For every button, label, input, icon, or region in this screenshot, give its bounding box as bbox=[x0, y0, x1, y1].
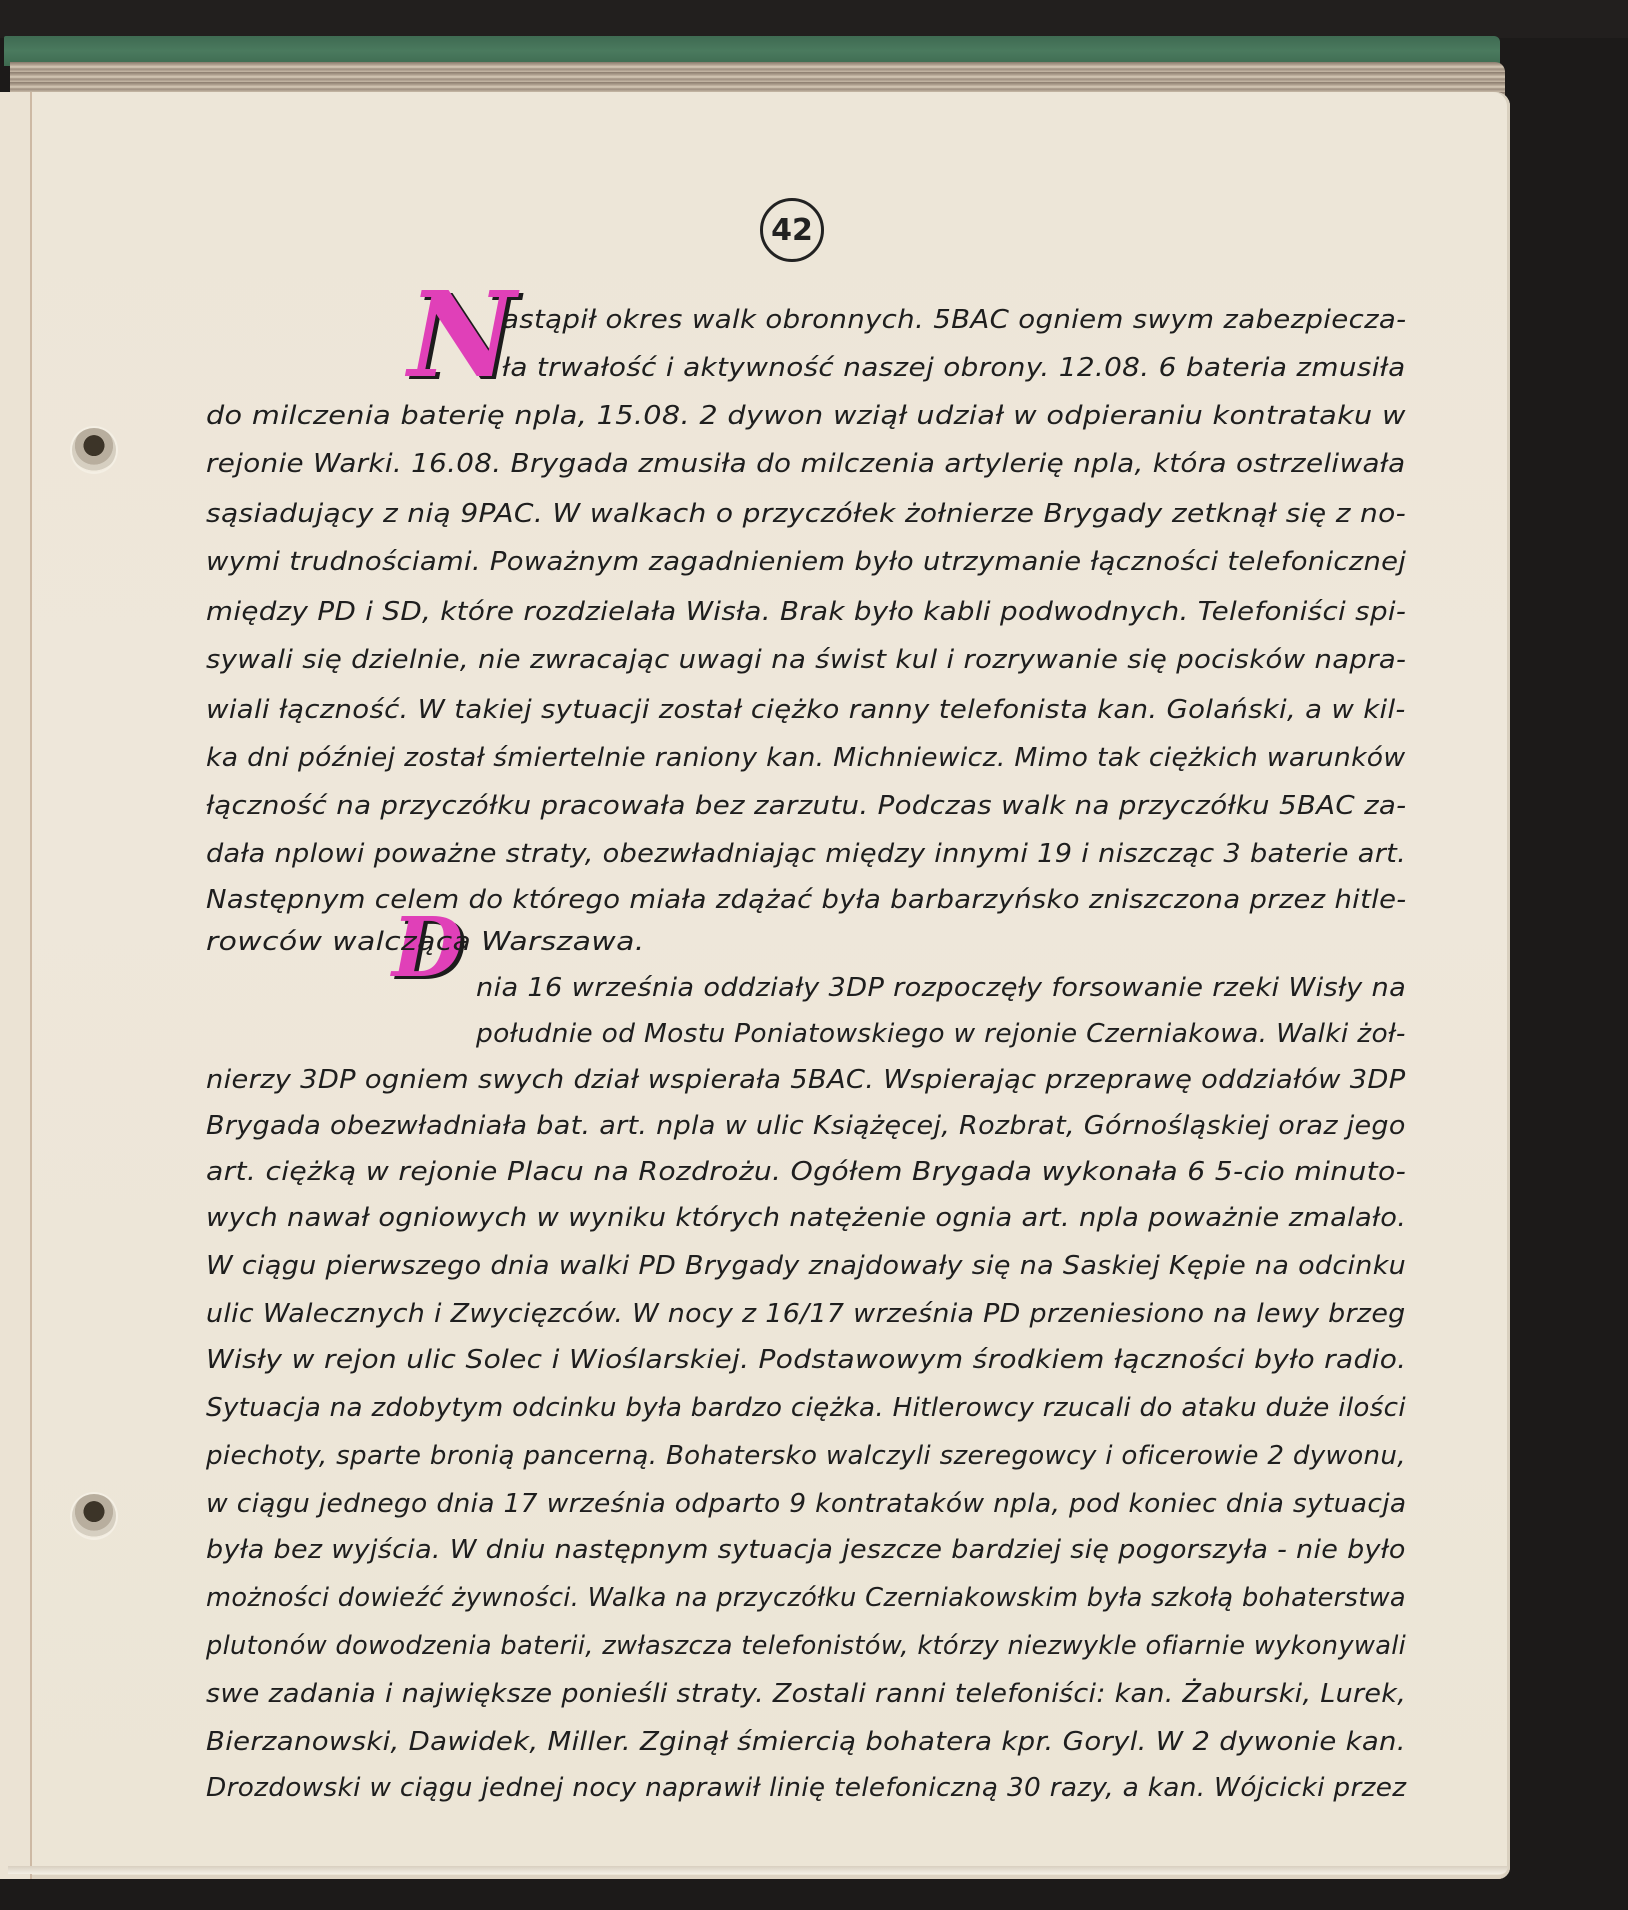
text-line: Bierzanowski, Dawidek, Miller. Zginął śm… bbox=[206, 1722, 1406, 1762]
page-number: 42 bbox=[760, 198, 824, 262]
text-line: rowców walcząca Warszawa. bbox=[206, 922, 645, 962]
text-line: ka dni później został śmiertelnie ranion… bbox=[206, 738, 1405, 778]
text-line: sąsiadujący z nią 9PAC. W walkach o przy… bbox=[206, 494, 1406, 534]
text-line: swe zadania i największe ponieśli straty… bbox=[206, 1674, 1406, 1714]
text-line: dała nplowi poważne straty, obezwładniaj… bbox=[206, 834, 1406, 874]
text-line: wymi trudnościami. Poważnym zagadnieniem… bbox=[206, 542, 1406, 582]
text-line: między PD i SD, które rozdzielała Wisła.… bbox=[206, 592, 1406, 632]
text-line: Następnym celem do którego miała zdążać … bbox=[206, 880, 1406, 920]
text-line: do milczenia baterię npla, 15.08. 2 dywo… bbox=[206, 396, 1406, 436]
text-line: astąpił okres walk obronnych. 5BAC ognie… bbox=[502, 300, 1406, 340]
page-bottom-edge bbox=[8, 1866, 1508, 1874]
decorative-initial-n: N bbox=[408, 276, 516, 394]
text-line: wiali łączność. W takiej sytuacji został… bbox=[206, 690, 1406, 730]
text-line: W ciągu pierwszego dnia walki PD Brygady… bbox=[206, 1246, 1406, 1286]
text-line: Wisły w rejon ulic Solec i Wioślarskiej.… bbox=[206, 1340, 1406, 1380]
text-line: art. ciężką w rejonie Placu na Rozdrożu.… bbox=[206, 1152, 1406, 1192]
text-line: była bez wyjścia. W dniu następnym sytua… bbox=[206, 1530, 1406, 1570]
text-line: sywali się dzielnie, nie zwracając uwagi… bbox=[206, 640, 1406, 680]
text-line: w ciągu jednego dnia 17 września odparto… bbox=[206, 1484, 1406, 1524]
text-line: nierzy 3DP ogniem swych dział wspierała … bbox=[206, 1060, 1405, 1100]
text-line: ulic Walecznych i Zwycięzców. W nocy z 1… bbox=[206, 1294, 1406, 1334]
text-line: możności dowieźć żywności. Walka na przy… bbox=[206, 1578, 1406, 1618]
text-line: rejonie Warki. 16.08. Brygada zmusiła do… bbox=[206, 444, 1405, 484]
punch-hole-icon bbox=[72, 428, 116, 472]
text-line: łączność na przyczółku pracowała bez zar… bbox=[206, 786, 1406, 826]
text-line: wych nawał ogniowych w wyniku których na… bbox=[206, 1198, 1406, 1238]
text-line: nia 16 września oddziały 3DP rozpoczęły … bbox=[476, 968, 1406, 1008]
page-stack-edge bbox=[10, 62, 1505, 96]
binding-margin bbox=[0, 92, 32, 1879]
text-line: Brygada obezwładniała bat. art. npla w u… bbox=[206, 1106, 1406, 1146]
text-line: Drozdowski w ciągu jednej nocy naprawił … bbox=[206, 1768, 1406, 1808]
text-line: południe od Mostu Poniatowskiego w rejon… bbox=[476, 1014, 1406, 1054]
text-line: piechoty, sparte bronią pancerną. Bohate… bbox=[206, 1436, 1406, 1476]
text-line: ła trwałość i aktywność naszej obrony. 1… bbox=[502, 348, 1406, 388]
scan-background bbox=[0, 0, 1628, 38]
punch-hole-icon bbox=[72, 1494, 116, 1538]
text-line: plutonów dowodzenia baterii, zwłaszcza t… bbox=[206, 1626, 1406, 1666]
text-line: Sytuacja na zdobytym odcinku była bardzo… bbox=[206, 1388, 1406, 1428]
